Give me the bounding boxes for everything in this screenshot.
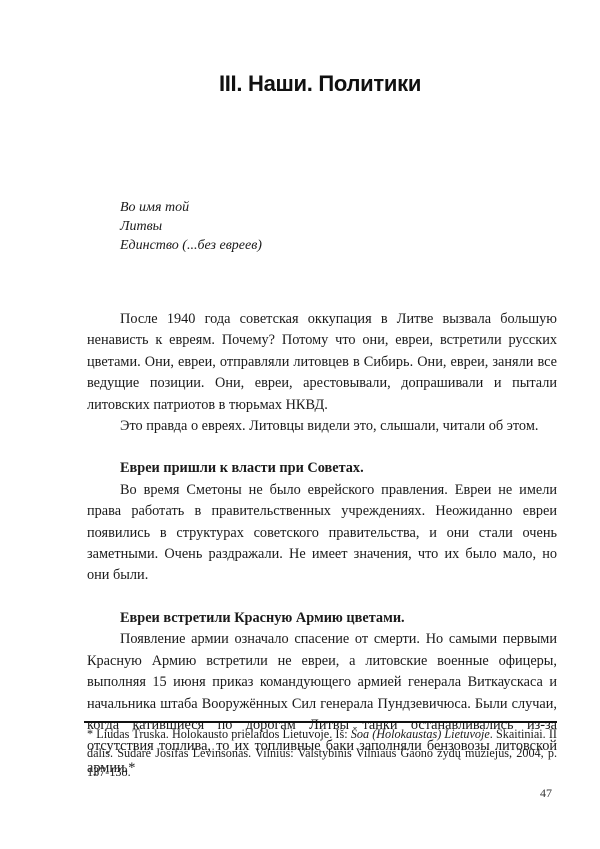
footnote: * Liudas Truska. Holokausto prielaidos L… <box>87 725 557 782</box>
epigraph-line: Единство (...без евреев) <box>120 236 262 255</box>
section-heading: Евреи встретили Красную Армию цветами. <box>87 608 557 629</box>
chapter-title: III. Наши. Политики <box>0 71 600 97</box>
epigraph-line: Литвы <box>120 217 262 236</box>
page-number: 47 <box>540 786 552 801</box>
body-text: После 1940 года советская оккупация в Ли… <box>87 309 557 779</box>
epigraph-line: Во имя той <box>120 198 262 217</box>
footnote-text: * Liudas Truska. Holokausto prielaidos L… <box>87 727 351 741</box>
paragraph: Во время Сметоны не было еврейского прав… <box>87 480 557 587</box>
footnote-divider <box>84 721 557 723</box>
epigraph: Во имя той Литвы Единство (...без евреев… <box>120 198 262 255</box>
footnote-source-title: Šoa (Holokaustas) Lietuvoje <box>351 727 490 741</box>
paragraph: Это правда о евреях. Литовцы видели это,… <box>87 416 557 437</box>
section-heading: Евреи пришли к власти при Советах. <box>87 458 557 479</box>
paragraph: После 1940 года советская оккупация в Ли… <box>87 309 557 416</box>
